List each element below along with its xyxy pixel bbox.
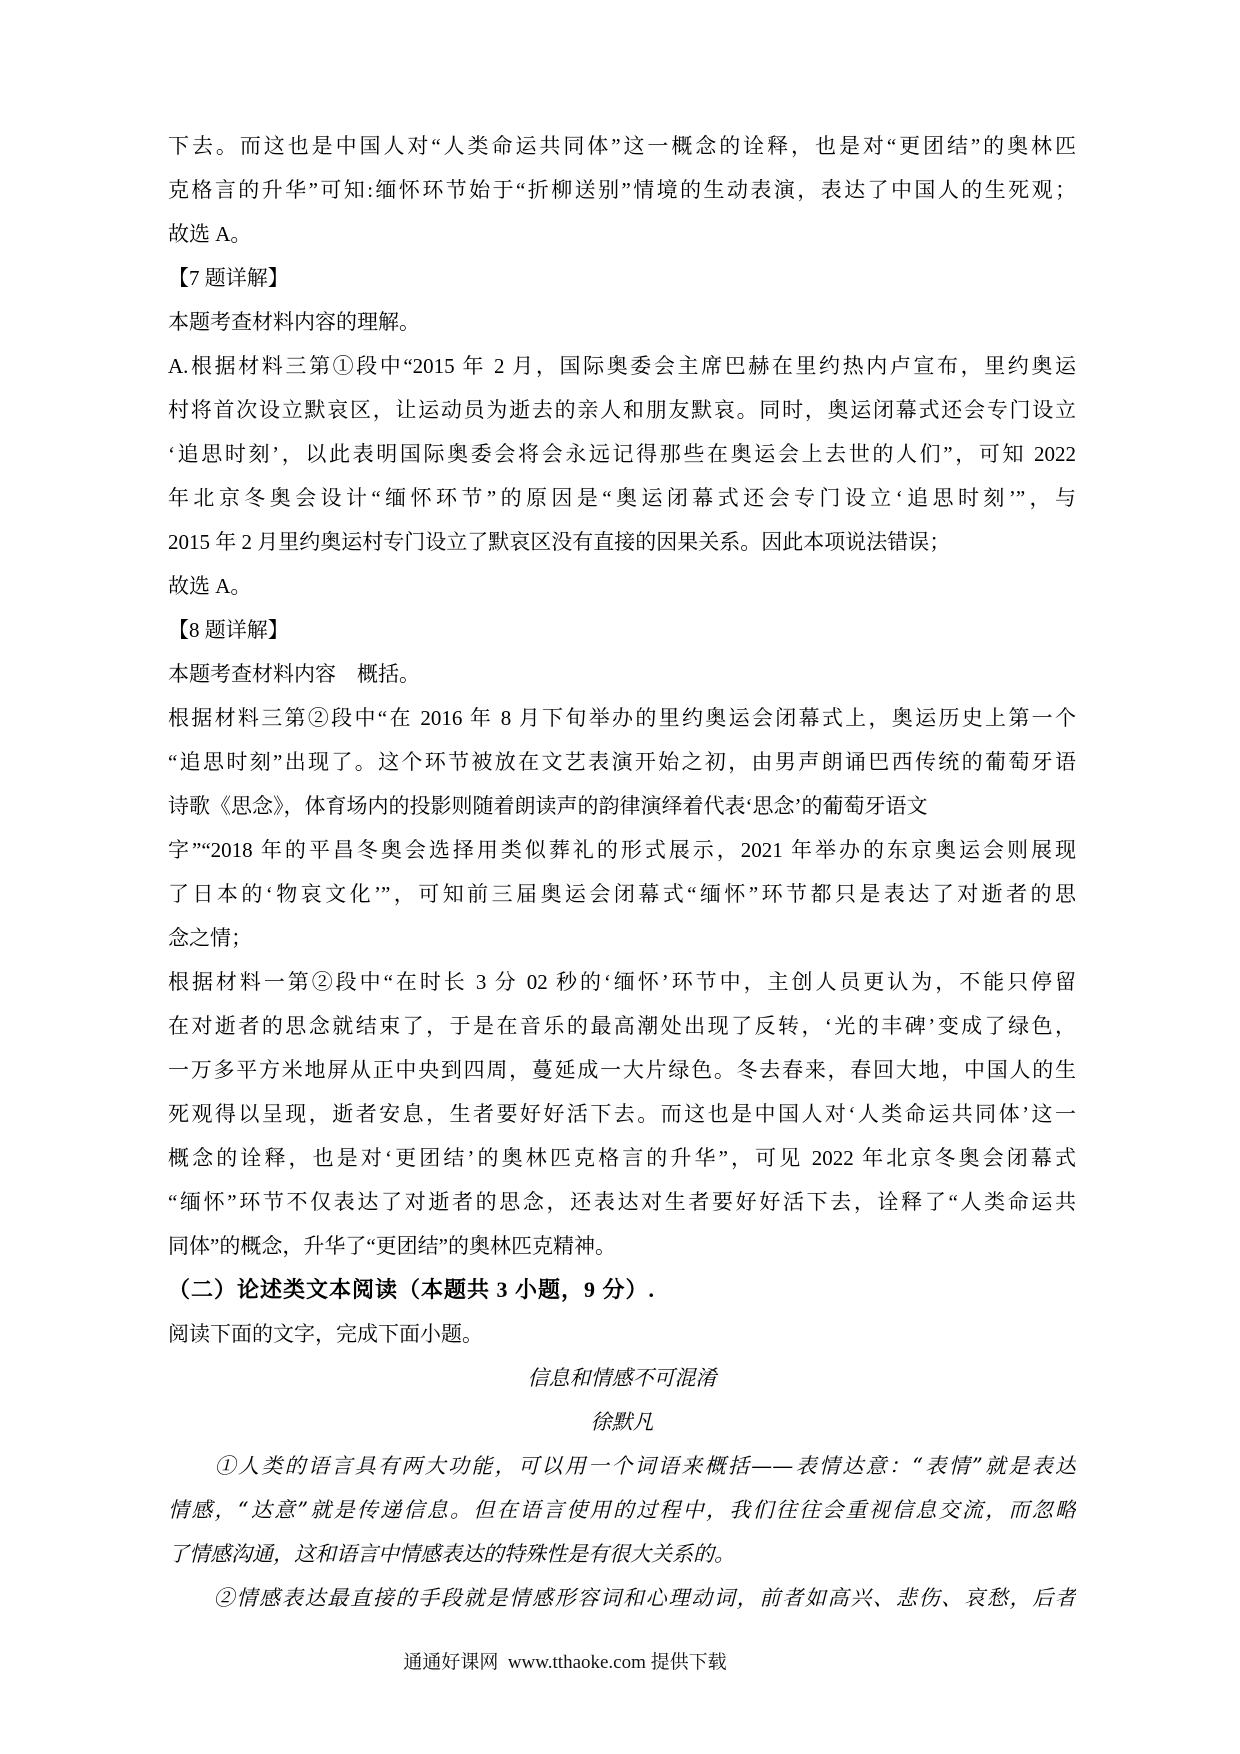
text-line: 了情感沟通，这和语言中情感表达的特殊性是有很大关系的。: [168, 1532, 1076, 1576]
text-line: 2015 年 2 月里约奥运村专门设立了默哀区没有直接的因果关系。因此本项说法错…: [168, 520, 1076, 564]
text-line: 年北京冬奥会设计“缅怀环节”的原因是“奥运闭幕式还会专门设立‘追思时刻’”，与: [168, 476, 1076, 520]
text-line: 阅读下面的文字，完成下面小题。: [168, 1312, 1076, 1356]
text-line: 一万多平方米地屏从正中央到四周，蔓延成一大片绿色。冬去春来，春回大地，中国人的生: [168, 1048, 1076, 1092]
text-line: ②情感表达最直接的手段就是情感形容词和心理动词，前者如高兴、悲伤、哀愁，后者: [168, 1576, 1076, 1620]
section-heading: （二）论述类文本阅读（本题共 3 小题，9 分）.: [168, 1268, 1076, 1312]
text-line: “缅怀”环节不仅表达了对逝者的思念，还表达对生者要好好活下去，诠释了“人类命运共: [168, 1180, 1076, 1224]
text-line: 故选 A。: [168, 212, 1076, 256]
passage-title: 信息和情感不可混淆: [168, 1356, 1076, 1400]
text-line: A.根据材料三第①段中“2015 年 2 月，国际奥委会主席巴赫在里约热内卢宣布…: [168, 344, 1076, 388]
text-line: 根据材料一第②段中“在时长 3 分 02 秒的‘缅怀’环节中，主创人员更认为，不…: [168, 960, 1076, 1004]
text-line: ①人类的语言具有两大功能，可以用一个词语来概括——表情达意：“表情”就是表达: [168, 1444, 1076, 1488]
text-line: 念之情；: [168, 916, 1076, 960]
text-line: 同体”的概念，升华了“更团结”的奥林匹克精神。: [168, 1224, 1076, 1268]
detail-heading-7: 【7 题详解】: [168, 256, 1076, 300]
text-line: 村将首次设立默哀区，让运动员为逝去的亲人和朋友默哀。同时，奥运闭幕式还会专门设立: [168, 388, 1076, 432]
text-line: 下去。而这也是中国人对“人类命运共同体”这一概念的诠释，也是对“更团结”的奥林匹: [168, 124, 1076, 168]
footer-watermark: 通通好课网 www.tthaoke.com 提供下载: [0, 1650, 1130, 1676]
text-line: 概念的诠释，也是对‘更团结’的奥林匹克格言的升华”，可见 2022 年北京冬奥会…: [168, 1136, 1076, 1180]
text-line: 诗歌《思念》，体育场内的投影则随着朗读声的韵律演绎着代表‘思念’的葡萄牙语文: [168, 784, 1076, 828]
text-line: 死观得以呈现，逝者安息，生者要好好活下去。而这也是中国人对‘人类命运共同体’这一: [168, 1092, 1076, 1136]
text-line: 本题考查材料内容 概括。: [168, 652, 1076, 696]
text-line: 情感，“达意”就是传递信息。但在语言使用的过程中，我们往往会重视信息交流，而忽略: [168, 1488, 1076, 1532]
text-line: 字”“2018 年的平昌冬奥会选择用类似葬礼的形式展示，2021 年举办的东京奥…: [168, 828, 1076, 872]
text-line: 本题考查材料内容的理解。: [168, 300, 1076, 344]
text-line: 克格言的升华”可知:缅怀环节始于“折柳送别”情境的生动表演，表达了中国人的生死观…: [168, 168, 1076, 212]
detail-heading-8: 【8 题详解】: [168, 608, 1076, 652]
text-line: 故选 A。: [168, 564, 1076, 608]
text-line: 在对逝者的思念就结束了，于是在音乐的最高潮处出现了反转，‘光的丰碑’变成了绿色，: [168, 1004, 1076, 1048]
text-line: 根据材料三第②段中“在 2016 年 8 月下旬举办的里约奥运会闭幕式上，奥运历…: [168, 696, 1076, 740]
text-line: ‘追思时刻’，以此表明国际奥委会将会永远记得那些在奥运会上去世的人们”，可知 2…: [168, 432, 1076, 476]
text-line: 了日本的‘物哀文化’”，可知前三届奥运会闭幕式“缅怀”环节都只是表达了对逝者的思: [168, 872, 1076, 916]
text-line: “追思时刻”出现了。这个环节被放在文艺表演开始之初，由男声朗诵巴西传统的葡萄牙语: [168, 740, 1076, 784]
passage-author: 徐默凡: [168, 1400, 1076, 1444]
document-body: 下去。而这也是中国人对“人类命运共同体”这一概念的诠释，也是对“更团结”的奥林匹…: [168, 124, 1076, 1620]
document-page: 下去。而这也是中国人对“人类命运共同体”这一概念的诠释，也是对“更团结”的奥林匹…: [0, 0, 1240, 1754]
